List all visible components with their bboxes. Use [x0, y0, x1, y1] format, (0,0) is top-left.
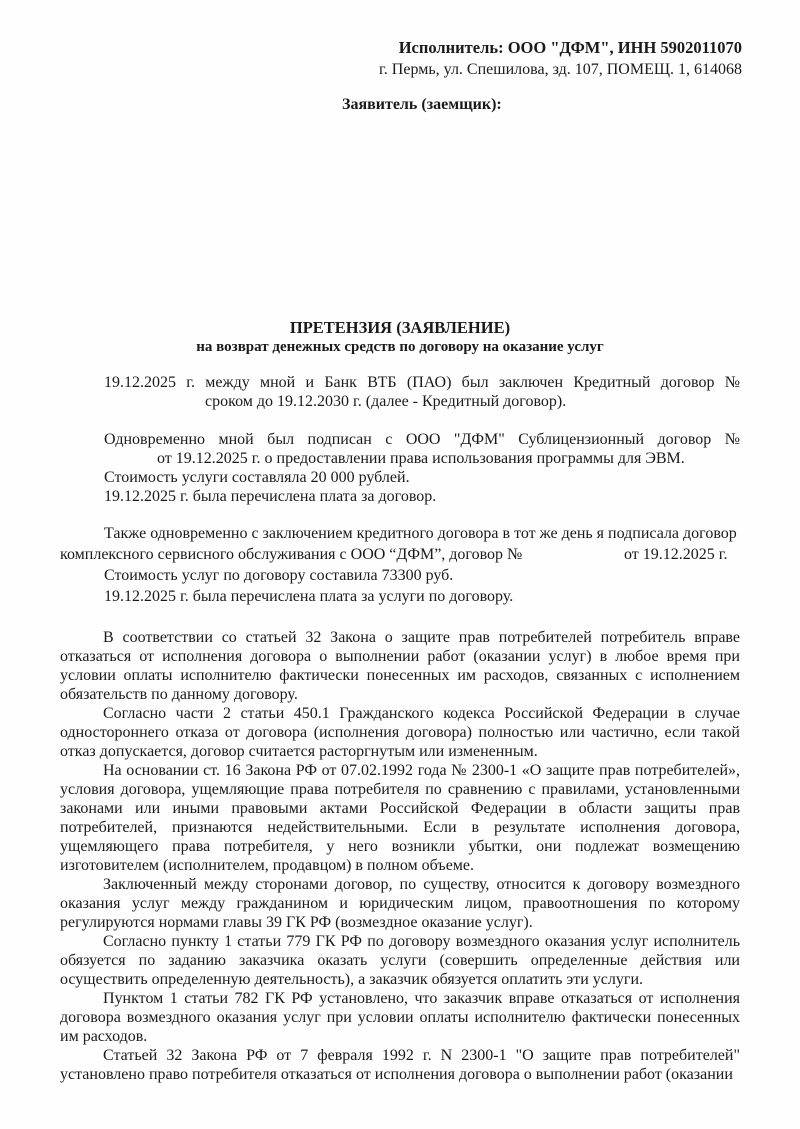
paragraph: В соответствии со статьей 32 Закона о за…	[60, 628, 740, 704]
service-cost: Стоимость услуг по договору составила 73…	[104, 566, 453, 585]
paragraph: Статьей 32 Закона РФ от 7 февраля 1992 г…	[60, 1046, 740, 1084]
applicant-label: Заявитель (заемщик):	[342, 96, 502, 114]
paragraph: Согласно части 2 статьи 450.1 Гражданско…	[60, 704, 740, 761]
service-contract-line-2: комплексного сервисного обслуживания с О…	[60, 545, 522, 564]
sublicense-cost: Стоимость услуги составляла 20 000 рубле…	[104, 468, 410, 487]
sublicense-line-1: Одновременно мной был подписан с ООО "ДФ…	[104, 430, 740, 449]
executor-line: Исполнитель: ООО "ДФМ", ИНН 5902011070	[399, 38, 742, 58]
paragraph: Пунктом 1 статьи 782 ГК РФ установлено, …	[60, 989, 740, 1046]
credit-contract-line-2: сроком до 19.12.2030 г. (далее - Кредитн…	[205, 392, 566, 411]
paragraph: Заключенный между сторонами договор, по …	[60, 875, 740, 932]
body-text: В соответствии со статьей 32 Закона о за…	[60, 628, 740, 1084]
service-contract-line-1: Также одновременно с заключением кредитн…	[104, 524, 737, 543]
paragraph: На основании ст. 16 Закона РФ от 07.02.1…	[60, 761, 740, 875]
document-title: ПРЕТЕНЗИЯ (ЗАЯВЛЕНИЕ)	[0, 318, 800, 338]
executor-address: г. Пермь, ул. Спешилова, зд. 107, ПОМЕЩ.…	[379, 61, 742, 79]
credit-contract-line-1: 19.12.2025 г. между мной и Банк ВТБ (ПАО…	[104, 373, 740, 392]
sublicense-line-2: от 19.12.2025 г. о предоставлении права …	[157, 449, 685, 468]
service-contract-date: от 19.12.2025 г.	[624, 545, 728, 564]
document-subtitle: на возврат денежных средств по договору …	[0, 339, 800, 356]
service-payment: 19.12.2025 г. была перечислена плата за …	[104, 587, 513, 606]
document-page: Исполнитель: ООО "ДФМ", ИНН 5902011070 г…	[0, 0, 800, 1129]
sublicense-payment: 19.12.2025 г. была перечислена плата за …	[104, 487, 436, 506]
paragraph: Согласно пункту 1 статьи 779 ГК РФ по до…	[60, 932, 740, 989]
